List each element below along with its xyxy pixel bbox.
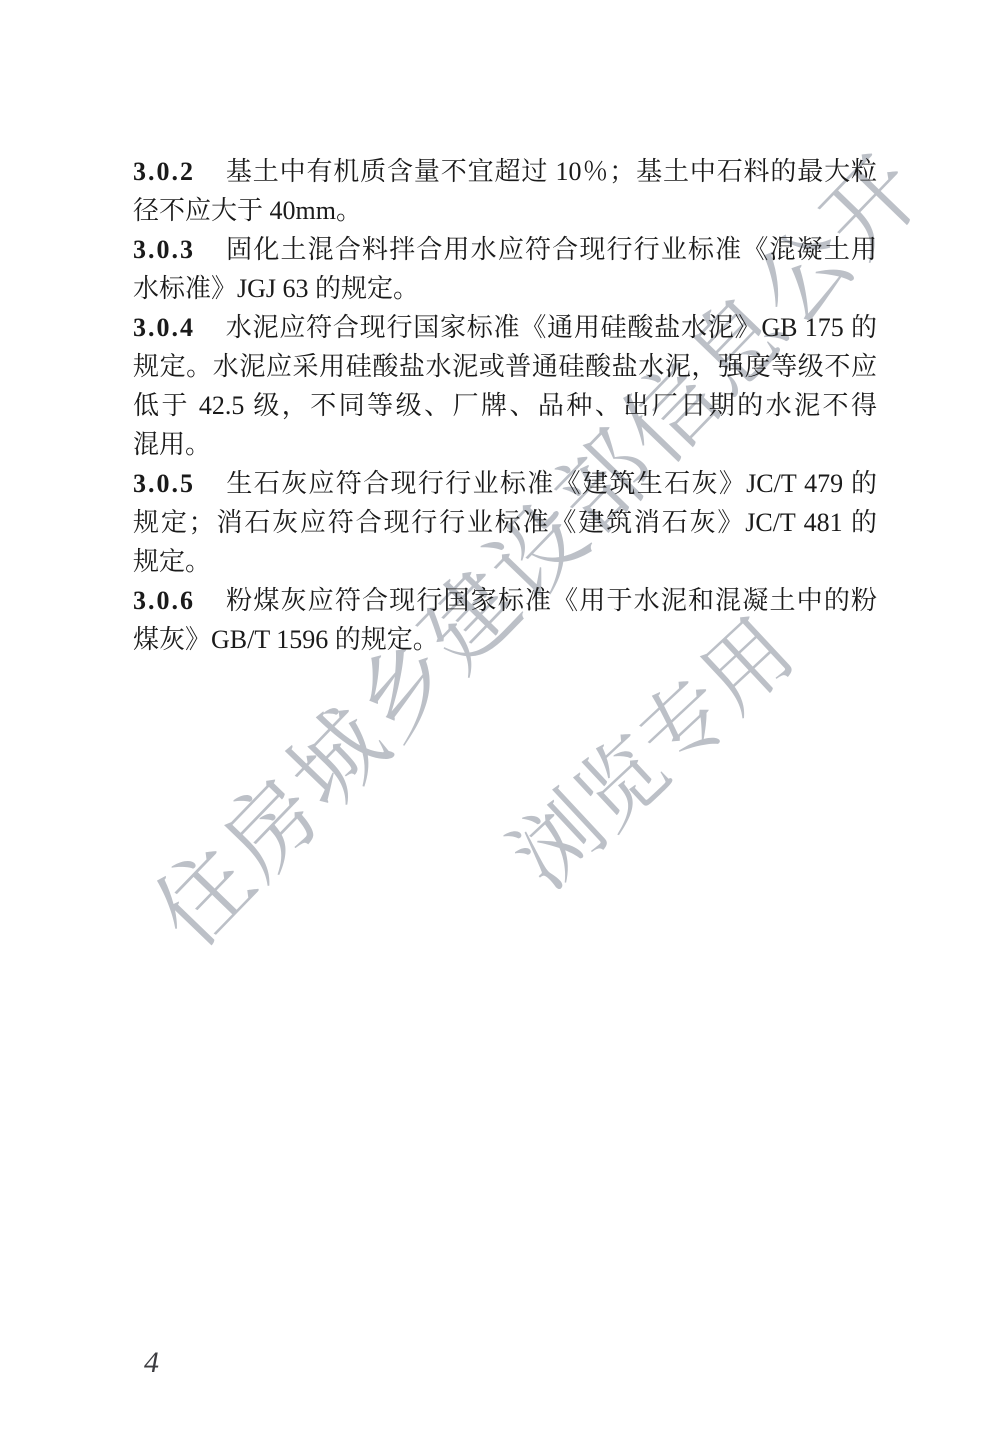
text-line: 3.0.2基土中有机质含量不宜超过 10％；基土中石料的最大粒 bbox=[133, 152, 877, 191]
clause-text: 规定。 bbox=[133, 547, 211, 576]
clause-text: 固化土混合料拌合用水应符合现行行业标准《混凝土用 bbox=[225, 235, 877, 264]
clause-number: 3.0.6 bbox=[133, 586, 195, 615]
text-line: 3.0.6粉煤灰应符合现行国家标准《用于水泥和混凝土中的粉 bbox=[133, 581, 877, 620]
clause-text: 规定。水泥应采用硅酸盐水泥或普通硅酸盐水泥，强度等级不应 bbox=[133, 352, 877, 381]
text-line: 煤灰》GB/T 1596 的规定。 bbox=[133, 620, 877, 659]
text-line: 低于 42.5 级，不同等级、厂牌、品种、出厂日期的水泥不得 bbox=[133, 386, 877, 425]
text-line: 3.0.5生石灰应符合现行行业标准《建筑生石灰》JC/T 479 的 bbox=[133, 464, 877, 503]
clause-text: 煤灰》GB/T 1596 的规定。 bbox=[133, 625, 439, 654]
clause-text: 基土中有机质含量不宜超过 10％；基土中石料的最大粒 bbox=[225, 157, 877, 186]
clause-text: 生石灰应符合现行行业标准《建筑生石灰》JC/T 479 的 bbox=[225, 469, 877, 498]
clause-text: 混用。 bbox=[133, 430, 211, 459]
text-line: 3.0.4水泥应符合现行国家标准《通用硅酸盐水泥》GB 175 的 bbox=[133, 308, 877, 347]
clause-text: 粉煤灰应符合现行国家标准《用于水泥和混凝土中的粉 bbox=[225, 586, 877, 615]
text-line: 规定。水泥应采用硅酸盐水泥或普通硅酸盐水泥，强度等级不应 bbox=[133, 347, 877, 386]
clause-text: 规定；消石灰应符合现行行业标准《建筑消石灰》JC/T 481 的 bbox=[133, 508, 877, 537]
clause-number: 3.0.3 bbox=[133, 235, 195, 264]
text-line: 规定；消石灰应符合现行行业标准《建筑消石灰》JC/T 481 的 bbox=[133, 503, 877, 542]
text-line: 规定。 bbox=[133, 542, 877, 581]
text-line: 水标准》JGJ 63 的规定。 bbox=[133, 269, 877, 308]
clause-number: 3.0.4 bbox=[133, 313, 195, 342]
text-line: 3.0.3固化土混合料拌合用水应符合现行行业标准《混凝土用 bbox=[133, 230, 877, 269]
document-page: 住房城乡建设部信息公开 浏览专用 3.0.2基土中有机质含量不宜超过 10％；基… bbox=[0, 0, 1000, 1449]
clause-text: 水标准》JGJ 63 的规定。 bbox=[133, 274, 419, 303]
text-line: 径不应大于 40mm。 bbox=[133, 191, 877, 230]
clause-text: 径不应大于 40mm。 bbox=[133, 196, 362, 225]
clause-text: 水泥应符合现行国家标准《通用硅酸盐水泥》GB 175 的 bbox=[225, 313, 877, 342]
clause-number: 3.0.5 bbox=[133, 469, 195, 498]
page-number: 4 bbox=[144, 1346, 159, 1380]
text-line: 混用。 bbox=[133, 425, 877, 464]
document-body: 3.0.2基土中有机质含量不宜超过 10％；基土中石料的最大粒径不应大于 40m… bbox=[133, 152, 877, 659]
clause-number: 3.0.2 bbox=[133, 157, 195, 186]
clause-text: 低于 42.5 级，不同等级、厂牌、品种、出厂日期的水泥不得 bbox=[133, 391, 877, 420]
